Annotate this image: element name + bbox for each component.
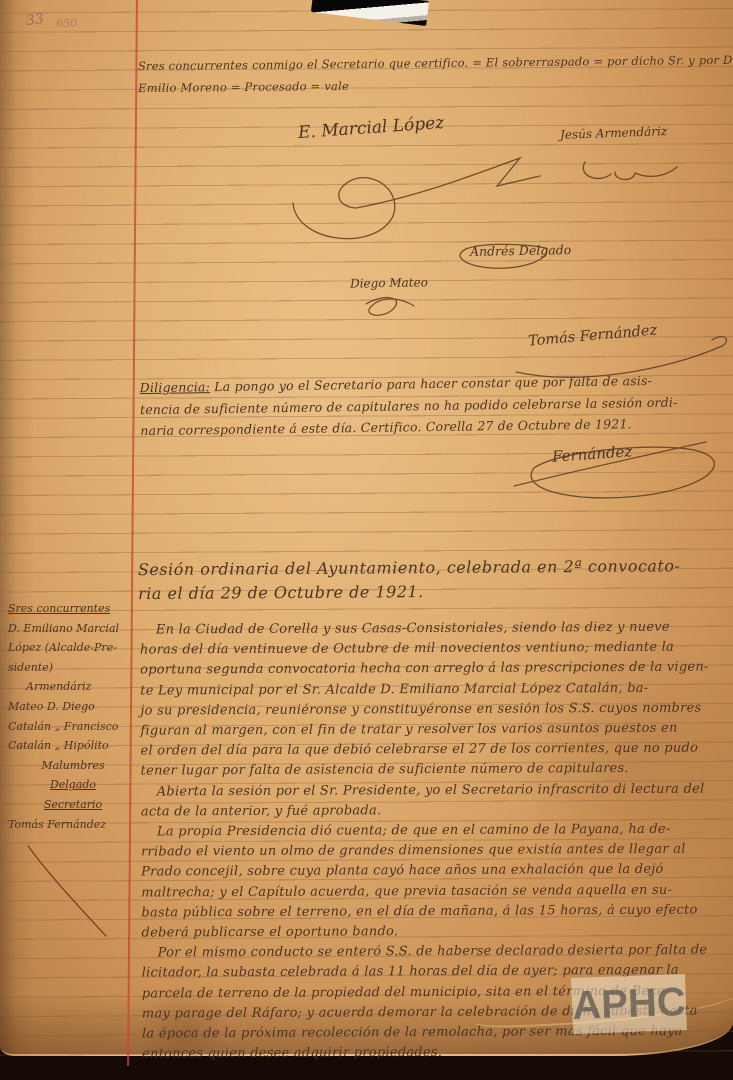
attendee-name: Mateo D. Diego (8, 697, 138, 717)
attendee-name: sidente) (8, 658, 138, 678)
body-line: te Ley municipal por el Sr. Alcalde D. E… (140, 678, 728, 701)
attendee-name: Catalán „ Hipólito (8, 736, 138, 756)
attendees-margin-list: Sres concurrentes D. Emiliano Marcial Ló… (8, 599, 138, 834)
pencil-archive-number: 650 (56, 17, 77, 30)
diligencia-label: Diligencia: (140, 379, 211, 395)
body-line: entonces quien desee adquirir propiedade… (142, 1042, 730, 1065)
attendee-name: D. Emiliano Marcial (8, 619, 138, 639)
closing-note: Sres concurrentes conmigo el Secretario … (138, 49, 732, 99)
body-line: oportuna segunda convocatoria hecha con … (140, 658, 728, 681)
body-line: el orden del día para la que debió celeb… (140, 739, 728, 762)
diligencia-paragraph: Diligencia: La pongo yo el Secretario pa… (140, 369, 733, 442)
ledger-page: 33 650 Sres concurrentes conmigo el Secr… (0, 0, 733, 1056)
session-heading-line: Sesión ordinaria del Ayuntamiento, celeb… (138, 554, 730, 582)
body-line: Abierta la sesión por el Sr. Presidente,… (141, 779, 729, 802)
secretary-name: Tomás Fernández (8, 815, 138, 835)
session-heading: Sesión ordinaria del Ayuntamiento, celeb… (138, 554, 730, 606)
body-line: Prado concejil, sobre cuya planta cayó h… (141, 860, 729, 883)
attendee-name: Catalán „ Francisco (8, 717, 138, 737)
attendee-name: Delgado (8, 775, 138, 795)
pencil-folio-number: 33 (25, 11, 45, 29)
session-heading-line: ria el día 29 de Octubre de 1921. (138, 578, 730, 606)
attendees-title: Sres concurrentes (8, 599, 138, 619)
photograph-background: 33 650 Sres concurrentes conmigo el Secr… (0, 0, 733, 1080)
signature-mateo: Diego Mateo (350, 275, 428, 290)
attendee-name: López (Alcalde-Pre- (8, 638, 138, 658)
signature-delgado: Andrés Delgado (470, 242, 571, 259)
aphc-watermark: APHC (571, 974, 687, 1034)
aphc-watermark-text: APHC (572, 980, 687, 1029)
body-line: basta pública sobre el terreno, en el dí… (141, 900, 729, 923)
attendee-name: Armendáriz (8, 677, 138, 697)
body-line: maltrecha; y el Capítulo acuerda, que pr… (141, 880, 729, 903)
secretary-label: Secretario (8, 795, 138, 815)
attendee-name: Malumbres (8, 756, 138, 776)
diligencia-text: La pongo yo el Secretario para hacer con… (214, 373, 652, 394)
